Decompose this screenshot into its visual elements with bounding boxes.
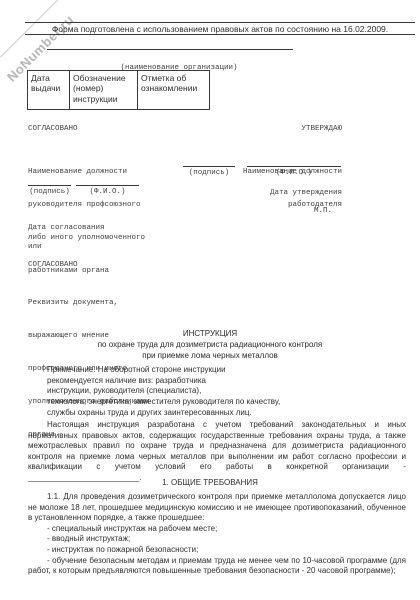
title-line-2: по охране труда для дозиметриста радиаци… xyxy=(0,339,420,350)
note-line: службы охраны труда и других заинтересов… xyxy=(47,408,392,419)
agreement-or-label: или xyxy=(28,242,42,253)
header-rule-top xyxy=(25,22,415,23)
intro-paragraph: Настоящая инструкция разработана с учето… xyxy=(28,420,406,484)
agreement-requisites-line: Реквизиты документа, xyxy=(28,298,150,309)
agreed-position-line: Наименование должности xyxy=(28,167,145,178)
section-1-heading: 1. ОБЩИЕ ТРЕБОВАНИЯ xyxy=(0,477,420,488)
list-item: - обучение безопасным методам и приемам … xyxy=(28,556,406,577)
approve-label: УТВЕРЖДАЮ xyxy=(301,124,342,135)
title-line-1: ИНСТРУКЦИЯ xyxy=(0,328,420,339)
note-block: Примечание. На оборотной стороне инструк… xyxy=(47,365,392,419)
approval-date-label: Дата утверждения xyxy=(270,188,342,199)
document-page: NoNumber.ru Форма подготовлена с использ… xyxy=(0,0,420,600)
signature-line: (подпись) xyxy=(183,166,235,179)
document-title: ИНСТРУКЦИЯ по охране труда для дозиметри… xyxy=(0,328,420,361)
agreed-label-second: СОГЛАСОВАНО xyxy=(28,260,78,271)
registration-table: Дата выдачи Обозначение (номер) инструкц… xyxy=(27,70,210,110)
paragraph-1-1: 1.1. Для проведения дозиметрического кон… xyxy=(28,492,406,524)
name-line: (Ф.И.О.) xyxy=(247,166,341,179)
note-line: Примечание. На оборотной стороне инструк… xyxy=(47,365,392,376)
approve-signature-row: (подпись) (Ф.И.О.) xyxy=(183,166,341,179)
section-1-body: 1.1. Для проведения дозиметрического кон… xyxy=(28,492,406,577)
name-line: (Ф.И.О.) xyxy=(76,185,139,198)
table-header-issue-date: Дата выдачи xyxy=(28,71,70,109)
signature-line: (подпись) xyxy=(28,185,71,198)
agreed-label: СОГЛАСОВАНО xyxy=(28,124,78,135)
agreed-position-line: либо иного уполномоченного xyxy=(28,233,145,244)
stamp-place-label: М.П. xyxy=(314,206,332,217)
note-line: инструкции, руководителя (специалиста), xyxy=(47,386,392,397)
agreement-date-label: Дата согласования xyxy=(28,223,105,234)
form-prepared-note: Форма подготовлена с использованием прав… xyxy=(25,24,415,34)
agreed-signature-row: (подпись) (Ф.И.О.) xyxy=(28,185,139,198)
list-item: - вводный инструктаж; xyxy=(28,534,406,545)
table-header-instruction-number: Обозначение (номер) инструкции xyxy=(70,71,138,109)
title-line-3: при приемке лома черных металлов xyxy=(0,350,420,361)
list-item: - специальный инструктаж на рабочем мест… xyxy=(28,524,406,535)
note-line: технолога, энергетика, заместителя руков… xyxy=(47,397,392,408)
note-line: рекомендуется наличие виз: разработчика xyxy=(47,376,392,387)
table-header-acknowledgement: Отметка об ознакомлении xyxy=(138,71,209,109)
list-item: - инструктаж по пожарной безопасности; xyxy=(28,545,406,556)
agreed-position-line: руководителя профсоюзного xyxy=(28,200,145,211)
header-rule-bottom xyxy=(25,34,415,35)
